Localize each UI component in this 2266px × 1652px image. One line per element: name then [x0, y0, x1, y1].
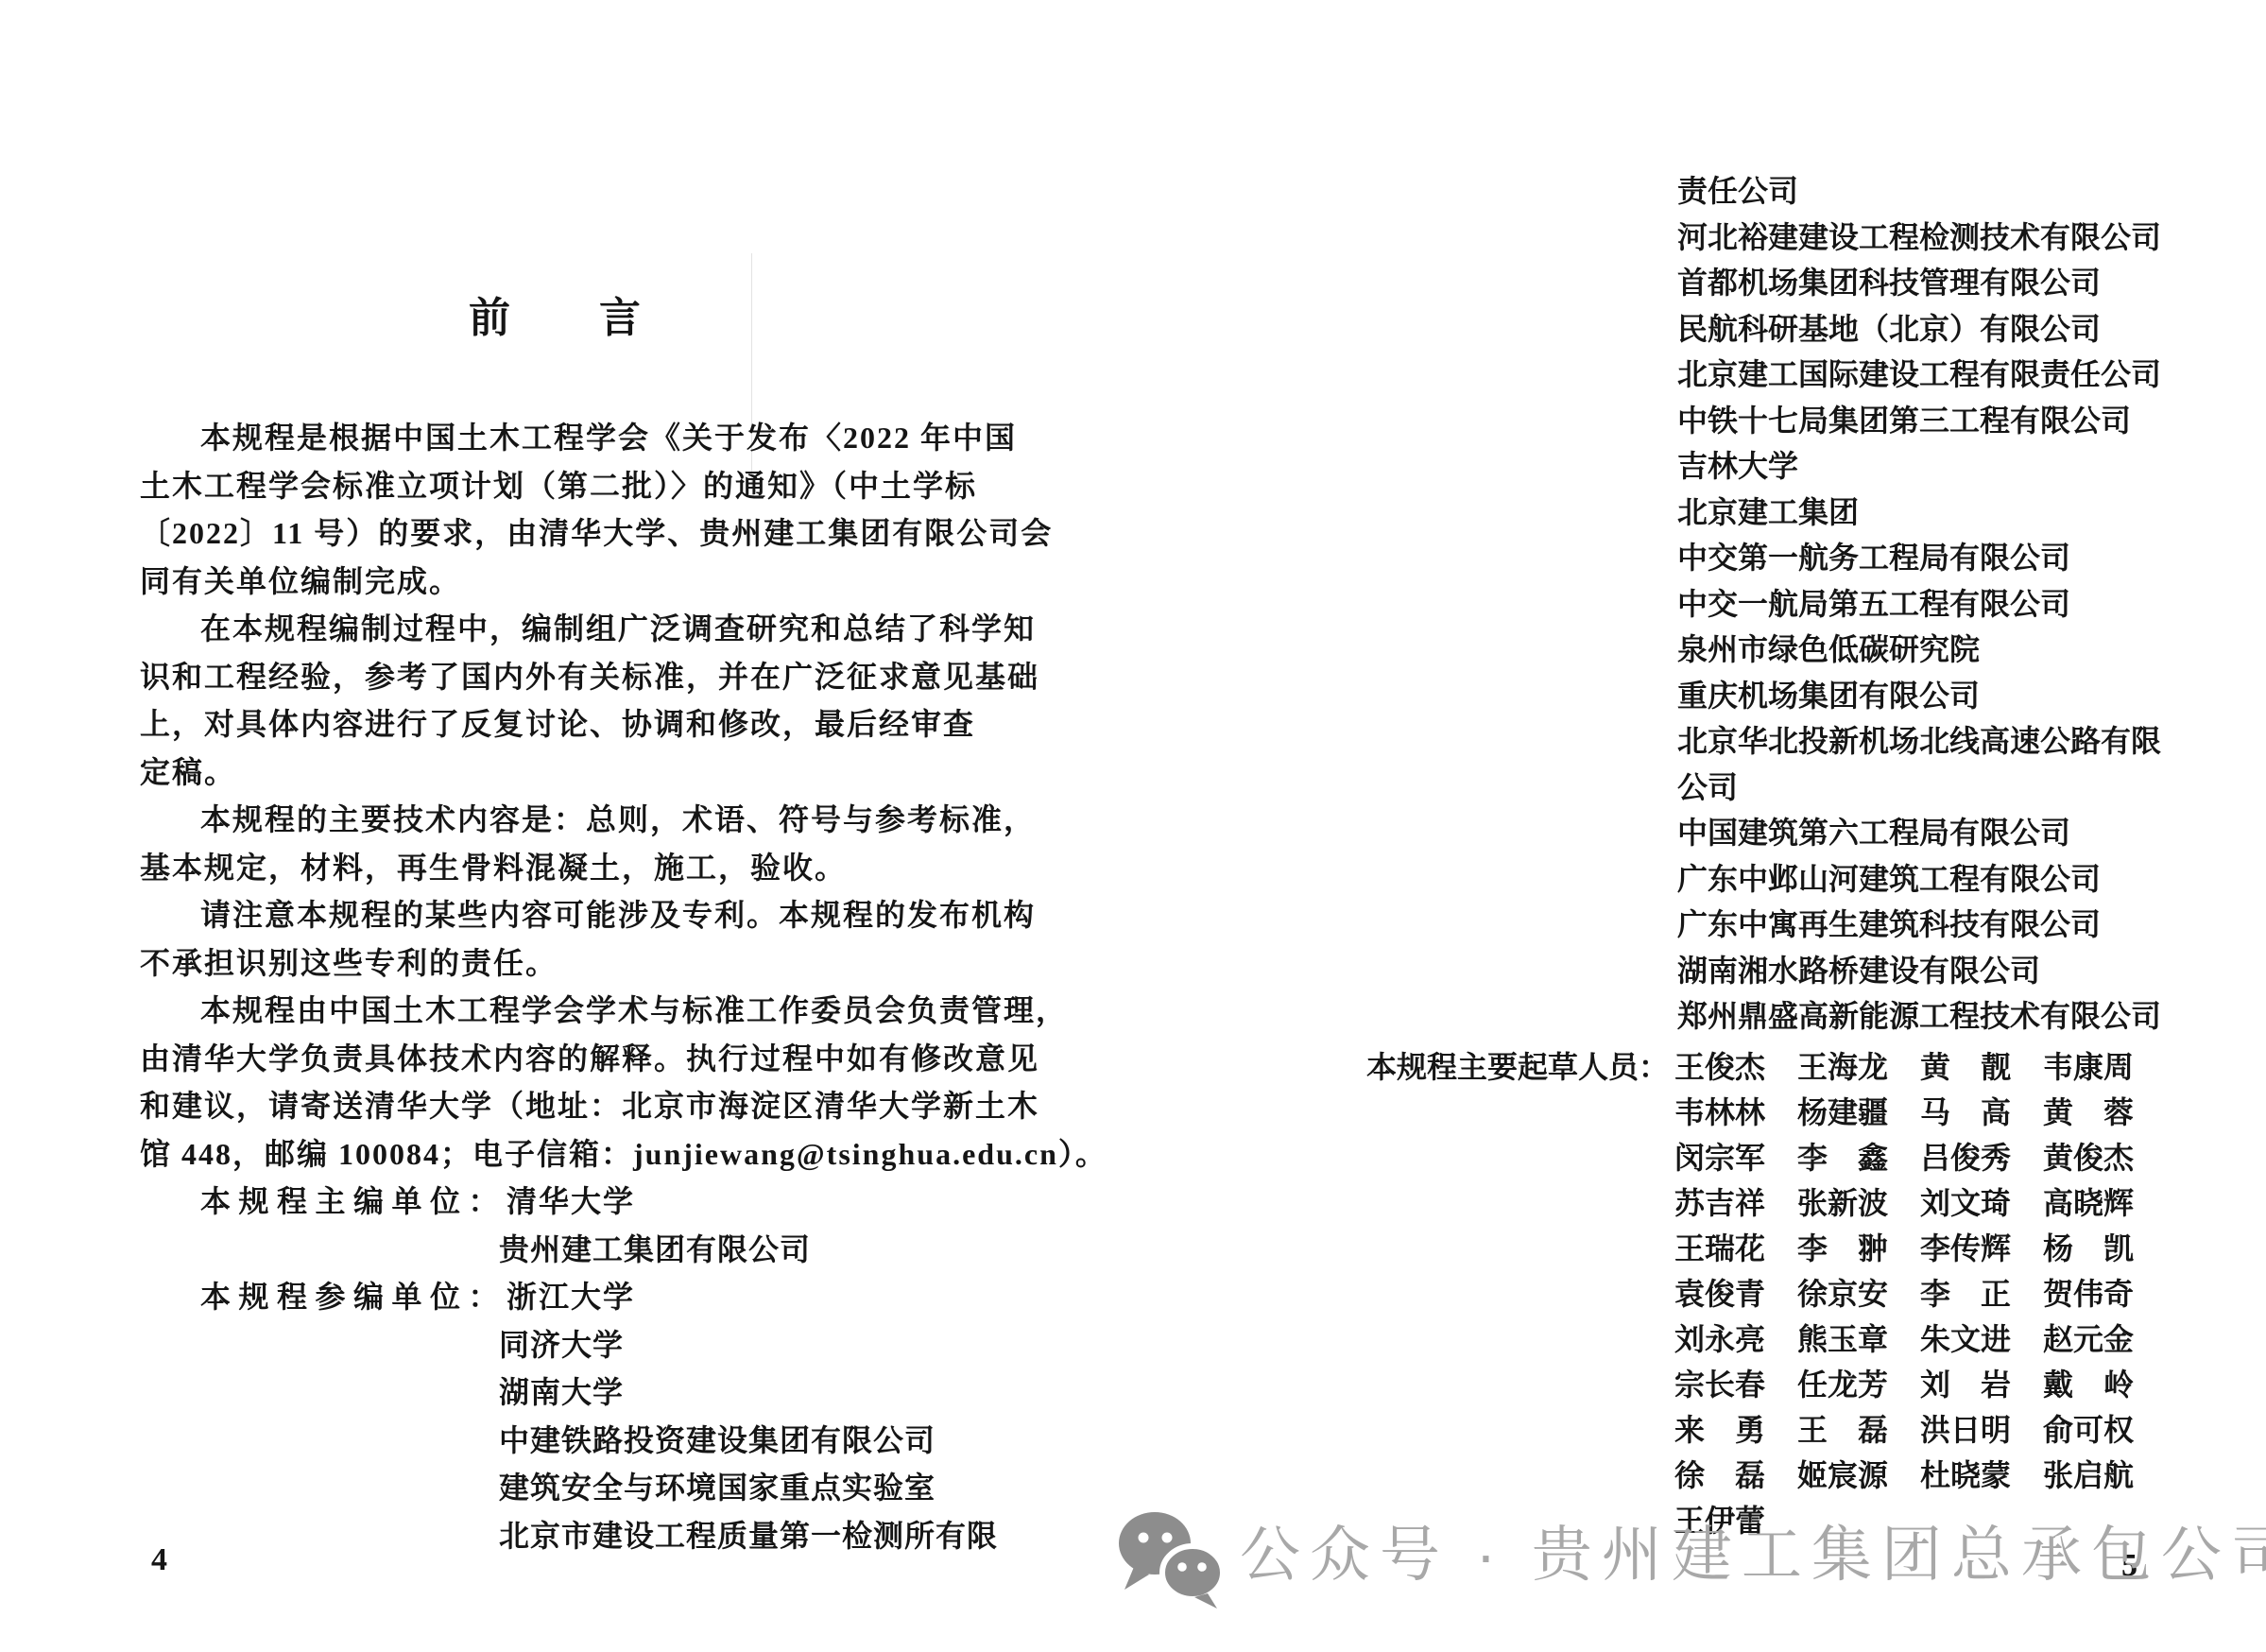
preface-line: 馆 448，邮编 100084；电子信箱：junjiewang@tsinghua… [140, 1130, 1009, 1179]
preface-line: 识和工程经验，参考了国内外有关标准，并在广泛征求意见基础 [140, 653, 1009, 701]
drafter-name: 高晓辉 [2043, 1180, 2134, 1226]
preface-line: 在本规程编制过程中，编制组广泛调查研究和总结了科学知 [140, 605, 1009, 653]
drafter-name: 宗长春 [1674, 1362, 1765, 1407]
company-line: 河北裕建建设工程检测技术有限公司 [1677, 215, 2206, 261]
drafter-name: 韦林林 [1674, 1090, 1765, 1135]
company-line: 民航科研基地（北京）有限公司 [1677, 306, 2206, 353]
drafter-name: 张启航 [2043, 1453, 2134, 1498]
drafter-name: 苏吉祥 [1674, 1180, 1765, 1226]
preface-line: 和建议，请寄送清华大学（地址：北京市海淀区清华大学新土木 [140, 1082, 1009, 1130]
company-line: 北京建工国际建设工程有限责任公司 [1677, 352, 2206, 398]
drafter-row: 宗长春任龙芳刘 岩戴 岭 [1674, 1362, 2204, 1407]
company-line: 首都机场集团科技管理有限公司 [1677, 260, 2206, 306]
unit-name: 清华大学 [506, 1184, 635, 1218]
company-line: 北京华北投新机场北线高速公路有限 [1677, 718, 2206, 765]
preface-line: 贵州建工集团有限公司 [140, 1226, 1009, 1274]
drafter-row: 王瑞花李 翀李传辉杨 凯 [1674, 1226, 2204, 1271]
page-title: 前 言 [140, 284, 971, 344]
drafter-name: 王伊蕾 [1674, 1498, 1765, 1543]
preface-line: 同有关单位编制完成。 [140, 558, 1009, 606]
unit-name: 浙江大学 [506, 1280, 635, 1314]
drafter-name: 李 鑫 [1797, 1135, 1888, 1180]
drafter-name: 杨 凯 [2043, 1226, 2134, 1271]
preface-line: 湖南大学 [140, 1368, 1009, 1417]
drafter-name: 俞可权 [2043, 1407, 2134, 1453]
drafter-name: 闵宗军 [1674, 1135, 1765, 1180]
drafter-name: 王俊杰 [1674, 1044, 1765, 1090]
company-line: 公司 [1677, 765, 2206, 811]
drafter-name: 王海龙 [1797, 1044, 1888, 1090]
drafter-name: 杨建疆 [1797, 1090, 1888, 1135]
drafter-row: 王俊杰王海龙黄 靓韦康周 [1674, 1044, 2204, 1090]
company-line: 重庆机场集团有限公司 [1677, 673, 2206, 719]
company-line: 泉州市绿色低碳研究院 [1677, 627, 2206, 673]
preface-line: 本规程是根据中国土木工程学会《关于发布〈2022 年中国 [140, 414, 1009, 462]
drafter-row: 王伊蕾 [1674, 1498, 2204, 1543]
drafter-name: 李传辉 [1920, 1226, 2011, 1271]
drafter-name: 李 翀 [1797, 1226, 1888, 1271]
preface-line: 定稿。 [140, 749, 1009, 797]
drafter-name: 张新波 [1797, 1180, 1888, 1226]
drafter-name: 吕俊秀 [1920, 1135, 2011, 1180]
drafter-row: 刘永亮熊玉章朱文进赵元金 [1674, 1316, 2204, 1362]
drafter-name: 戴 岭 [2043, 1362, 2134, 1407]
company-line: 吉林大学 [1677, 443, 2206, 490]
preface-line: 〔2022〕11 号）的要求，由清华大学、贵州建工集团有限公司会 [140, 509, 1009, 558]
drafter-name: 李 正 [1920, 1271, 2011, 1316]
unit-role-label: 本规程主编单位： [200, 1184, 506, 1218]
drafter-name: 任龙芳 [1797, 1362, 1888, 1407]
drafter-name: 贺伟奇 [2043, 1271, 2134, 1316]
company-line: 广东中寓再生建筑科技有限公司 [1677, 902, 2206, 948]
drafter-name: 朱文进 [1920, 1316, 2011, 1362]
company-line: 北京建工集团 [1677, 490, 2206, 536]
drafter-name: 王瑞花 [1674, 1226, 1765, 1271]
preface-line: 上，对具体内容进行了反复讨论、协调和修改，最后经审查 [140, 700, 1009, 749]
preface-line: 本规程由中国土木工程学会学术与标准工作委员会负责管理， [140, 987, 1009, 1035]
drafter-row: 韦林林杨建疆马 高黄 蓉 [1674, 1090, 2204, 1135]
company-line: 广东中邺山河建筑工程有限公司 [1677, 856, 2206, 903]
drafter-name: 黄 蓉 [2043, 1090, 2134, 1135]
drafter-name: 王 磊 [1797, 1407, 1888, 1453]
drafter-name: 黄俊杰 [2043, 1135, 2134, 1180]
drafter-name: 袁俊青 [1674, 1271, 1765, 1316]
preface-line: 建筑安全与环境国家重点实验室 [140, 1464, 1009, 1512]
company-line: 中铁十七局集团第三工程有限公司 [1677, 398, 2206, 444]
drafter-row: 闵宗军李 鑫吕俊秀黄俊杰 [1674, 1135, 2204, 1180]
preface-line: 中建铁路投资建设集团有限公司 [140, 1417, 1009, 1465]
preface-line: 不承担识别这些专利的责任。 [140, 939, 1009, 988]
drafters-list: 王俊杰王海龙黄 靓韦康周韦林林杨建疆马 高黄 蓉闵宗军李 鑫吕俊秀黄俊杰苏吉祥张… [1674, 1044, 2204, 1543]
drafter-name: 刘文琦 [1920, 1180, 2011, 1226]
drafter-name: 赵元金 [2043, 1316, 2134, 1362]
preface-line: 基本规定，材料，再生骨料混凝土，施工，验收。 [140, 844, 1009, 892]
preface-line: 请注意本规程的某些内容可能涉及专利。本规程的发布机构 [140, 891, 1009, 939]
drafter-name: 韦康周 [2043, 1044, 2134, 1090]
drafter-row: 苏吉祥张新波刘文琦高晓辉 [1674, 1180, 2204, 1226]
unit-role-label: 本规程参编单位： [200, 1280, 506, 1314]
company-line: 中交一航局第五工程有限公司 [1677, 581, 2206, 628]
preface-line: 北京市建设工程质量第一检测所有限 [140, 1512, 1009, 1560]
drafter-name: 徐京安 [1797, 1271, 1888, 1316]
company-line: 责任公司 [1677, 168, 2206, 215]
drafter-name: 来 勇 [1674, 1407, 1765, 1453]
company-line: 郑州鼎盛高新能源工程技术有限公司 [1677, 993, 2206, 1040]
drafter-name: 刘永亮 [1674, 1316, 1765, 1362]
drafter-name: 熊玉章 [1797, 1316, 1888, 1362]
drafter-name: 马 高 [1920, 1090, 2011, 1135]
drafter-row: 袁俊青徐京安李 正贺伟奇 [1674, 1271, 2204, 1316]
drafter-row: 来 勇王 磊洪日明俞可权 [1674, 1407, 2204, 1453]
company-line: 湖南湘水路桥建设有限公司 [1677, 948, 2206, 994]
drafters-label: 本规程主要起草人员： [1366, 1044, 1669, 1090]
drafter-name: 洪日明 [1920, 1407, 2011, 1453]
preface-line: 由清华大学负责具体技术内容的解释。执行过程中如有修改意见 [140, 1035, 1009, 1083]
participating-units-list: 责任公司河北裕建建设工程检测技术有限公司首都机场集团科技管理有限公司民航科研基地… [1677, 168, 2206, 1040]
drafter-name: 姬宸源 [1797, 1453, 1888, 1498]
drafter-name: 刘 岩 [1920, 1362, 2011, 1407]
preface-line: 同济大学 [140, 1321, 1009, 1369]
drafter-name: 徐 磊 [1674, 1453, 1765, 1498]
drafter-row: 徐 磊姬宸源杜晓蒙张启航 [1674, 1453, 2204, 1498]
wechat-icon [1115, 1508, 1227, 1610]
preface-line: 本规程参编单位：浙江大学 [140, 1273, 1009, 1321]
drafter-name: 黄 靓 [1920, 1044, 2011, 1090]
page-number-right: 5 [2121, 1548, 2137, 1584]
scanned-document-spread: 前 言 本规程是根据中国土木工程学会《关于发布〈2022 年中国土木工程学会标准… [0, 0, 2266, 1652]
preface-body: 本规程是根据中国土木工程学会《关于发布〈2022 年中国土木工程学会标准立项计划… [140, 414, 1009, 1559]
preface-line: 本规程主编单位：清华大学 [140, 1178, 1009, 1226]
company-line: 中交第一航务工程局有限公司 [1677, 535, 2206, 581]
preface-line: 本规程的主要技术内容是：总则，术语、符号与参考标准， [140, 796, 1009, 844]
company-line: 中国建筑第六工程局有限公司 [1677, 810, 2206, 856]
drafter-name: 杜晓蒙 [1920, 1453, 2011, 1498]
preface-line: 土木工程学会标准立项计划（第二批）〉的通知》（中土学标 [140, 462, 1009, 510]
page-number-left: 4 [151, 1542, 167, 1578]
